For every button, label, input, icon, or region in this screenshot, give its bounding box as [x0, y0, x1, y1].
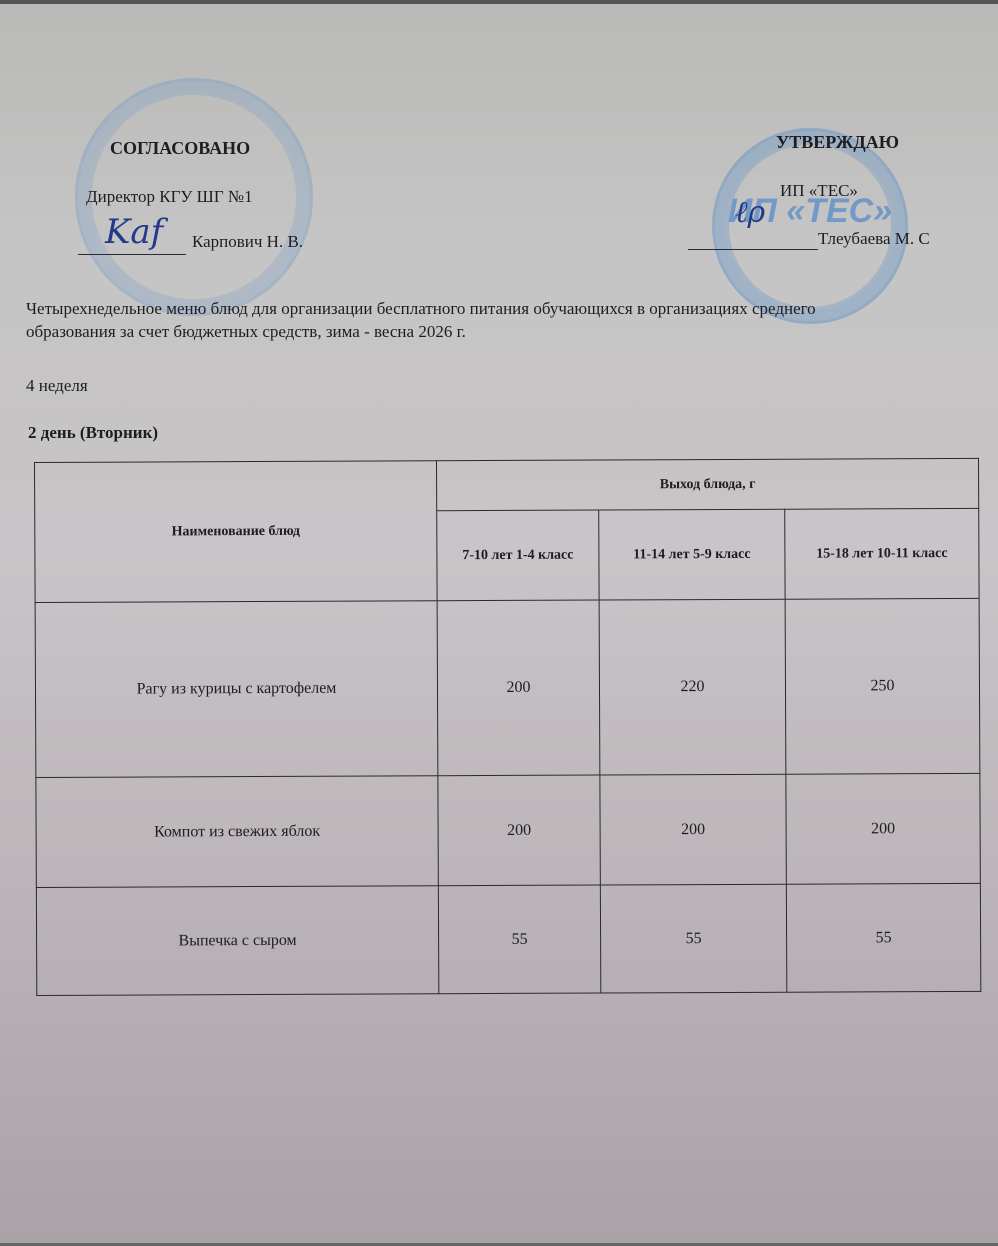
- document-title: Четырехнедельное меню блюд для организац…: [26, 297, 966, 343]
- dish-name: Рагу из курицы с картофелем: [35, 601, 438, 778]
- yield-value: 200: [438, 775, 600, 886]
- signature-line-right: [688, 249, 818, 250]
- table-row: Рагу из курицы с картофелем 200 220 250: [35, 598, 980, 777]
- approver-signature: ℓρ: [735, 195, 765, 230]
- yield-header: Выход блюда, г: [436, 458, 978, 510]
- director-position: Директор КГУ ШГ №1: [86, 187, 253, 207]
- table-row: Компот из свежих яблок 200 200 200: [36, 773, 980, 887]
- table-row: Выпечка с сыром 55 55 55: [36, 883, 980, 995]
- age-group-header: 11-14 лет 5-9 класс: [599, 509, 785, 600]
- dish-name: Компот из свежих яблок: [36, 776, 438, 888]
- title-line-1: Четырехнедельное меню блюд для организац…: [26, 297, 966, 320]
- age-group-header: 7-10 лет 1-4 класс: [437, 510, 599, 601]
- table-header-row: Наименование блюд Выход блюда, г: [35, 458, 979, 512]
- document-sheet: ИП «ТЕС» СОГЛАСОВАНО Директор КГУ ШГ №1 …: [0, 0, 998, 1246]
- yield-value: 200: [600, 774, 786, 885]
- menu-table: Наименование блюд Выход блюда, г 7-10 ле…: [34, 458, 981, 996]
- dish-name-header: Наименование блюд: [35, 461, 438, 603]
- approver-name: Тлеубаева М. С: [818, 229, 930, 249]
- photo-edge-top: [0, 0, 998, 4]
- yield-value: 55: [786, 883, 980, 992]
- agreed-heading: СОГЛАСОВАНО: [110, 138, 250, 159]
- age-group-header: 15-18 лет 10-11 класс: [785, 508, 979, 599]
- yield-value: 55: [438, 885, 600, 994]
- approved-heading: УТВЕРЖДАЮ: [776, 132, 899, 153]
- day-label: 2 день (Вторник): [28, 423, 158, 443]
- approver-organization: ИП «ТЕС»: [780, 181, 858, 201]
- yield-value: 200: [786, 773, 980, 884]
- dish-name: Выпечка с сыром: [36, 886, 438, 996]
- director-signature: Kaf: [105, 212, 163, 252]
- yield-value: 220: [599, 599, 786, 775]
- title-line-2: образования за счет бюджетных средств, з…: [26, 320, 966, 343]
- yield-value: 250: [785, 598, 980, 774]
- week-label: 4 неделя: [26, 376, 88, 396]
- yield-value: 200: [437, 600, 600, 776]
- signature-line-left: [78, 254, 186, 255]
- director-name: Карпович Н. В.: [192, 232, 303, 252]
- yield-value: 55: [600, 884, 786, 993]
